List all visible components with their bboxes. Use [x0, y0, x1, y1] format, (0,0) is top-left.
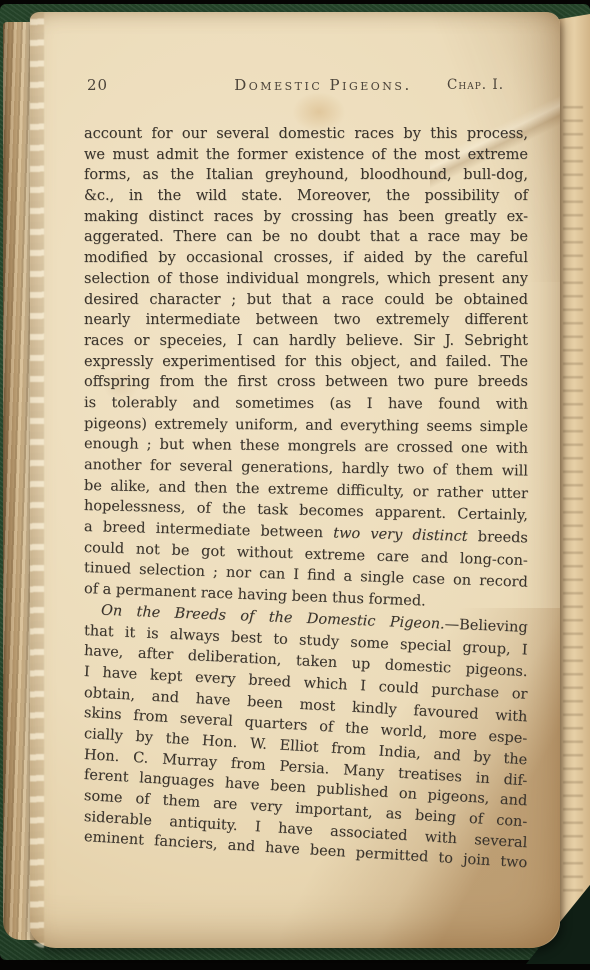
text-line: is tolerably and sometimes (as I have fo… — [84, 393, 528, 415]
text-line: modified by occasional crosses, if aided… — [84, 248, 528, 269]
text-line: desired character ; but that a race coul… — [84, 290, 528, 311]
text-line: offspring from the first cross between t… — [84, 372, 528, 393]
text-line: we must admit the former existence of th… — [84, 145, 528, 166]
fore-edge-text-marks — [563, 95, 583, 895]
text-line: nearly intermediate between two extremel… — [84, 310, 528, 331]
printed-content: 20 Domestic Pigeons. Chap. I. account fo… — [84, 76, 528, 848]
text-segment: breeds — [467, 529, 528, 547]
text-line: making distinct races by crossing has be… — [84, 207, 528, 228]
text-line: expressly experimentised for this object… — [84, 352, 528, 373]
body-text: account for our several domestic races b… — [84, 124, 528, 848]
page-header: 20 Domestic Pigeons. Chap. I. — [84, 76, 528, 98]
text-line: account for our several domestic races b… — [84, 124, 528, 145]
book-page: 20 Domestic Pigeons. Chap. I. account fo… — [30, 12, 560, 948]
book-scan-photo: 20 Domestic Pigeons. Chap. I. account fo… — [0, 0, 590, 970]
italic-text-segment: two very distinct — [333, 525, 468, 544]
text-line: aggerated. There can be no doubt that a … — [84, 227, 528, 248]
chapter-label: Chap. I. — [447, 77, 504, 93]
deckle-edge — [30, 12, 44, 948]
text-segment: —Believing — [444, 616, 528, 635]
text-line: &c., in the wild state. Moreover, the po… — [84, 186, 528, 207]
text-line: races or speceies, I can hardly believe.… — [84, 331, 528, 352]
text-line: forms, as the Italian greyhound, bloodho… — [84, 165, 528, 186]
text-line: selection of those individual mongrels, … — [84, 269, 528, 290]
